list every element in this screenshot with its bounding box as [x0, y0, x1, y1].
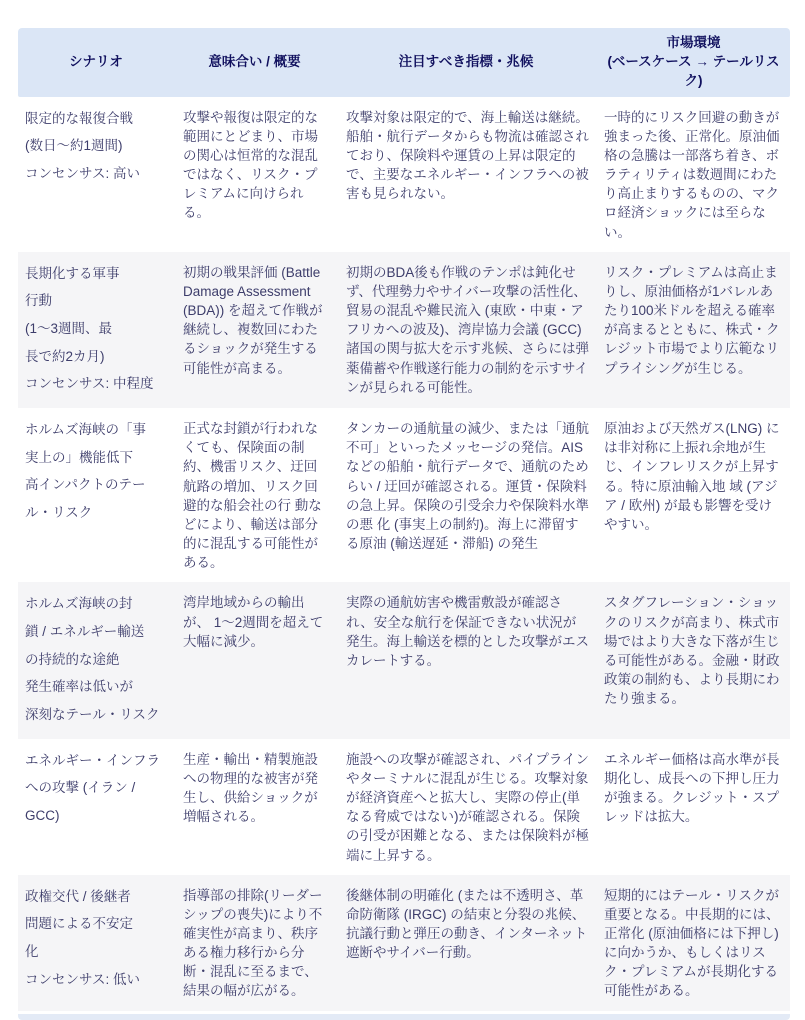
cell-summary: 攻撃や報復は限定的な範囲にとどまり、市場の関心は恒常的な混乱ではなく、リスク・プ…: [174, 97, 335, 252]
table-row: 長期化する軍事 行動 (1～3週間、最 長で約2カ月) コンセンサス: 中程度 …: [18, 252, 790, 408]
cell-indicators: 実際の通航妨害や機雷敷設が確認され、安全な航行を保証できない状況が発生。海上輸送…: [335, 582, 597, 738]
table-row: ホルムズ海峡の「事 実上の」機能低下 高インパクトのテー ル・リスク 正式な封鎖…: [18, 408, 790, 582]
table-header-row: シナリオ 意味合い / 概要 注目すべき指標・兆候 市場環境 (ベースケース →…: [18, 28, 790, 97]
cell-scenario: ホルムズ海峡の「事 実上の」機能低下 高インパクトのテー ル・リスク: [18, 408, 174, 582]
cell-indicators: 初期のBDA後も作戦のテンポは鈍化せず、代理勢力やサイバー攻撃の活性化、貿易の混…: [335, 252, 597, 408]
cell-market: 原油および天然ガス(LNG) には非対称に上振れ余地が生じ、インフレリスクが上昇…: [597, 408, 790, 582]
cell-summary: 生産・輸出・精製施設への物理的な被害が発生し、供給ショックが増幅される。: [174, 739, 335, 875]
cell-summary: 湾岸地域からの輸出が、 1～2週間を超えて大幅に減少。: [174, 582, 335, 738]
cell-market: スタグフレーション・ショックのリスクが高まり、株式市場ではより大きな下落が生じる…: [597, 582, 790, 738]
cell-indicators: タンカーの通航量の減少、または「通航不可」といったメッセージの発信。AISなどの…: [335, 408, 597, 582]
cell-indicators: 施設への攻撃が確認され、パイプラインやターミナルに混乱が生じる。攻撃対象が経済資…: [335, 739, 597, 875]
column-header-summary: 意味合い / 概要: [174, 47, 335, 78]
table-row: エネルギー・インフラ への攻撃 (イラン / GCC) 生産・輸出・精製施設への…: [18, 739, 790, 875]
cell-scenario: ホルムズ海峡の封 鎖 / エネルギー輸送 の持続的な途絶 発生確率は低いが 深刻…: [18, 582, 174, 738]
page: シナリオ 意味合い / 概要 注目すべき指標・兆候 市場環境 (ベースケース →…: [0, 0, 805, 960]
table-row: 限定的な報復合戦 (数日～約1週間) コンセンサス: 高い 攻撃や報復は限定的な…: [18, 97, 790, 252]
cell-summary: 指導部の排除(リーダーシップの喪失)により不確実性が高まり、秩序ある権力移行から…: [174, 875, 335, 1011]
cell-market: 短期的にはテール・リスクが重要となる。中長期的には、正常化 (原油価格には下押し…: [597, 875, 790, 1011]
column-header-indicators: 注目すべき指標・兆候: [335, 47, 597, 78]
table-row: 政権交代 / 後継者 問題による不安定 化 コンセンサス: 低い 指導部の排除(…: [18, 875, 790, 1011]
cell-scenario: 限定的な報復合戦 (数日～約1週間) コンセンサス: 高い: [18, 97, 174, 252]
cell-market: 一時的にリスク回避の動きが強まった後、正常化。原油価格の急騰は一部落ち着き、ボラ…: [597, 97, 790, 252]
table-bottom-cap: [18, 1014, 790, 1020]
cell-market: リスク・プレミアムは高止まりし、原油価格が1バレルあたり100米ドルを超える確率…: [597, 252, 790, 408]
column-header-scenario: シナリオ: [18, 47, 174, 78]
cell-summary: 初期の戦果評価 (Battle Damage Assessment (BDA))…: [174, 252, 335, 408]
cell-scenario: エネルギー・インフラ への攻撃 (イラン / GCC): [18, 739, 174, 875]
column-header-market: 市場環境 (ベースケース → テールリスク): [597, 28, 790, 97]
cell-scenario: 長期化する軍事 行動 (1～3週間、最 長で約2カ月) コンセンサス: 中程度: [18, 252, 174, 408]
cell-scenario: 政権交代 / 後継者 問題による不安定 化 コンセンサス: 低い: [18, 875, 174, 1011]
scenario-table: シナリオ 意味合い / 概要 注目すべき指標・兆候 市場環境 (ベースケース →…: [18, 28, 790, 1020]
cell-indicators: 攻撃対象は限定的で、海上輸送は継続。船舶・航行データからも物流は確認されており、…: [335, 97, 597, 252]
table-row: ホルムズ海峡の封 鎖 / エネルギー輸送 の持続的な途絶 発生確率は低いが 深刻…: [18, 582, 790, 738]
cell-indicators: 後継体制の明確化 (または不透明さ、革命防衛隊 (IRGC) の結束と分裂の兆候…: [335, 875, 597, 1011]
cell-market: エネルギー価格は高水準が長期化し、成長への下押し圧力が強まる。クレジット・スプレ…: [597, 739, 790, 875]
cell-summary: 正式な封鎖が行われなくても、保険面の制約、機雷リスク、迂回航路の増加、リスク回避…: [174, 408, 335, 582]
